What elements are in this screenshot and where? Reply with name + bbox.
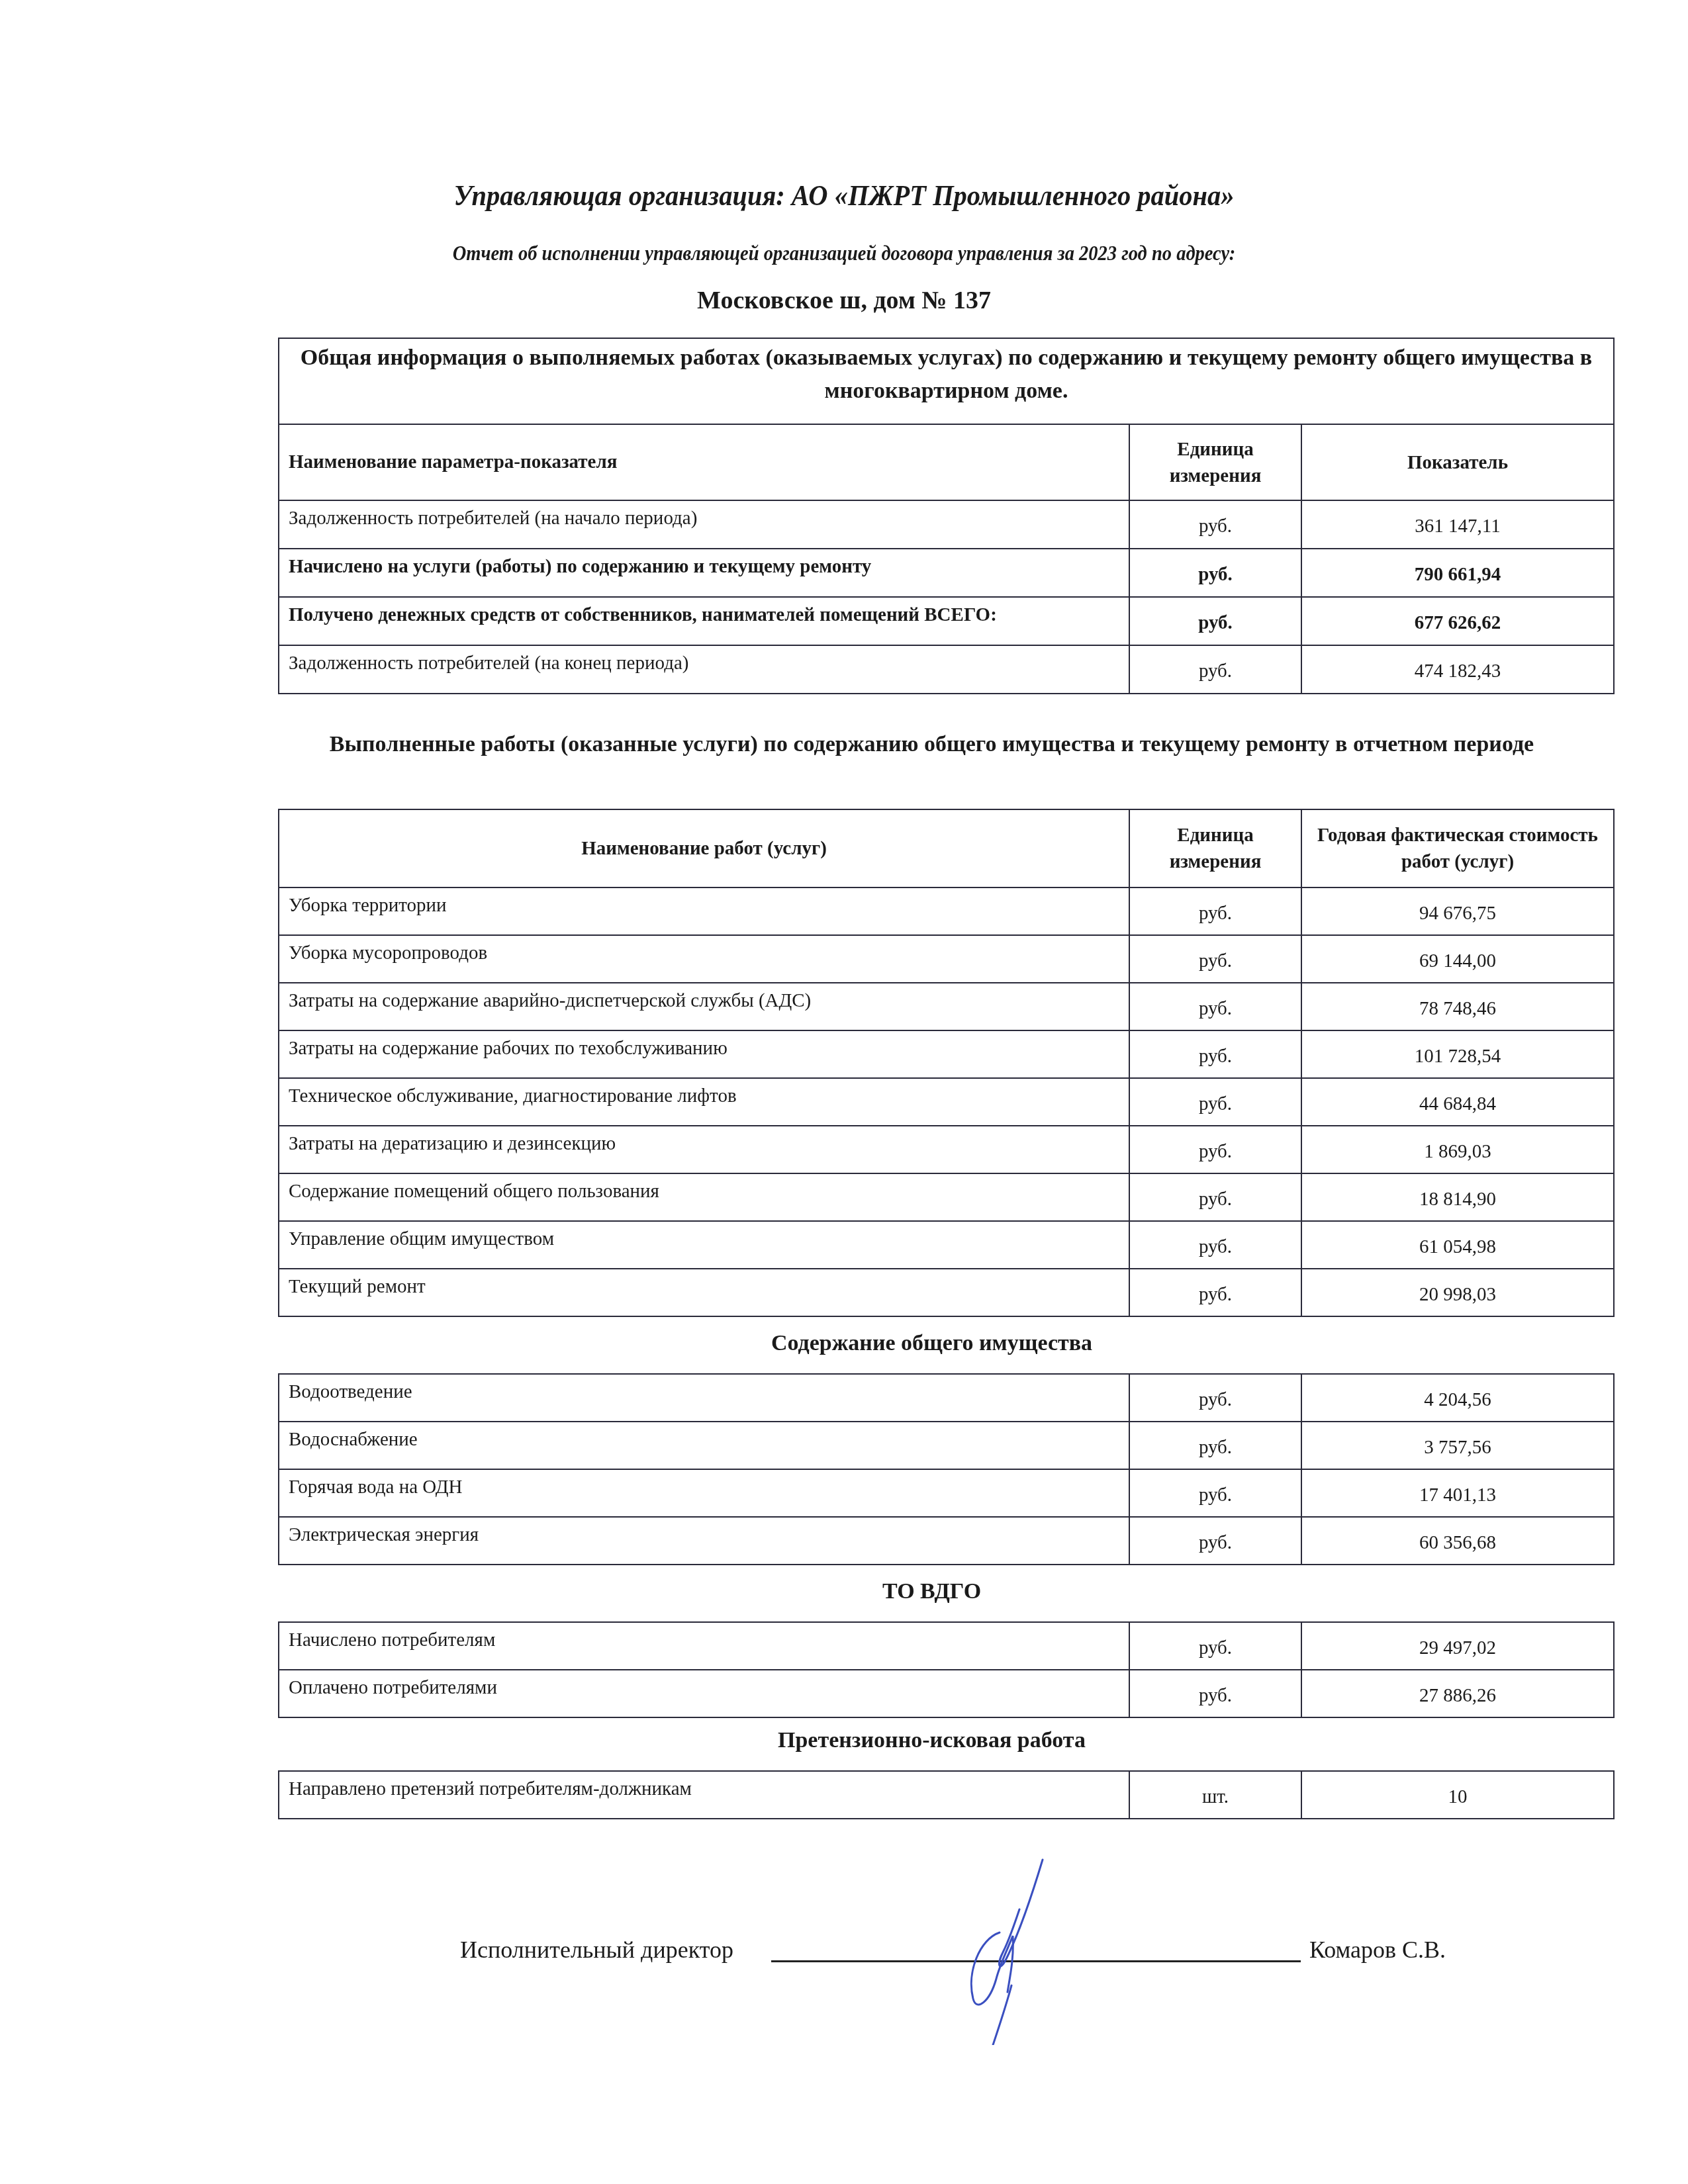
- row-name: Уборка мусоропроводов: [279, 935, 1129, 983]
- row-unit: руб.: [1129, 500, 1301, 549]
- row-name: Начислено потребителям: [279, 1622, 1129, 1670]
- row-unit: руб.: [1129, 887, 1301, 935]
- table-row: Затраты на содержание аварийно-диспетчер…: [279, 983, 1614, 1030]
- table-row: Оплачено потребителямируб.27 886,26: [279, 1670, 1614, 1717]
- table-row: Начислено потребителямруб.29 497,02: [279, 1622, 1614, 1670]
- table-row: Техническое обслуживание, диагностирован…: [279, 1078, 1614, 1126]
- row-value: 60 356,68: [1301, 1517, 1614, 1565]
- row-unit: руб.: [1129, 1221, 1301, 1269]
- table-row: Содержание помещений общего пользованияр…: [279, 1173, 1614, 1221]
- row-name: Техническое обслуживание, диагностирован…: [279, 1078, 1129, 1126]
- table-row: Начислено на услуги (работы) по содержан…: [279, 549, 1614, 597]
- row-value: 1 869,03: [1301, 1126, 1614, 1173]
- table-row: Текущий ремонтруб.20 998,03: [279, 1269, 1614, 1316]
- row-name: Оплачено потребителями: [279, 1670, 1129, 1717]
- row-value: 18 814,90: [1301, 1173, 1614, 1221]
- table-row: Направлено претензий потребителям-должни…: [279, 1771, 1614, 1819]
- row-value: 361 147,11: [1301, 500, 1614, 549]
- organization-heading: Управляющая организация: АО «ПЖРТ Промыш…: [68, 179, 1620, 212]
- column-header-unit: Единица измерения: [1129, 424, 1301, 500]
- table-row: Управление общим имуществомруб.61 054,98: [279, 1221, 1614, 1269]
- row-unit: руб.: [1129, 1374, 1301, 1422]
- common-property-table: Водоотведениеруб.4 204,56Водоснабжениеру…: [278, 1373, 1615, 1565]
- row-value: 790 661,94: [1301, 549, 1614, 597]
- general-info-title: Общая информация о выполняемых работах (…: [279, 338, 1614, 424]
- row-unit: руб.: [1129, 1030, 1301, 1078]
- row-unit: руб.: [1129, 1670, 1301, 1717]
- row-value: 101 728,54: [1301, 1030, 1614, 1078]
- row-name: Электрическая энергия: [279, 1517, 1129, 1565]
- row-value: 94 676,75: [1301, 887, 1614, 935]
- table-row: Задолженность потребителей (на конец пер…: [279, 645, 1614, 694]
- row-unit: руб.: [1129, 645, 1301, 694]
- row-unit: шт.: [1129, 1771, 1301, 1819]
- report-title: Отчет об исполнении управляющей организа…: [68, 242, 1620, 265]
- claims-title: Претензионно-исковая работа: [275, 1724, 1589, 1757]
- row-name: Затраты на содержание рабочих по техобсл…: [279, 1030, 1129, 1078]
- row-name: Уборка территории: [279, 887, 1129, 935]
- row-value: 4 204,56: [1301, 1374, 1614, 1422]
- row-value: 44 684,84: [1301, 1078, 1614, 1126]
- handwritten-signature-icon: [933, 1853, 1086, 2045]
- claims-table: Направлено претензий потребителям-должни…: [278, 1770, 1615, 1819]
- row-value: 78 748,46: [1301, 983, 1614, 1030]
- row-value: 10: [1301, 1771, 1614, 1819]
- row-unit: руб.: [1129, 1622, 1301, 1670]
- row-value: 3 757,56: [1301, 1422, 1614, 1469]
- row-unit: руб.: [1129, 1422, 1301, 1469]
- row-value: 69 144,00: [1301, 935, 1614, 983]
- address-heading: Московское ш, дом № 137: [0, 286, 1688, 315]
- row-unit: руб.: [1129, 1126, 1301, 1173]
- row-value: 20 998,03: [1301, 1269, 1614, 1316]
- table-row: Уборка мусоропроводовруб.69 144,00: [279, 935, 1614, 983]
- row-name: Затраты на содержание аварийно-диспетчер…: [279, 983, 1129, 1030]
- row-unit: руб.: [1129, 935, 1301, 983]
- row-unit: руб.: [1129, 1269, 1301, 1316]
- row-value: 27 886,26: [1301, 1670, 1614, 1717]
- table-row: Горячая вода на ОДНруб.17 401,13: [279, 1469, 1614, 1517]
- general-info-table: Общая информация о выполняемых работах (…: [278, 338, 1615, 694]
- row-unit: руб.: [1129, 549, 1301, 597]
- table-row: Водоснабжениеруб.3 757,56: [279, 1422, 1614, 1469]
- table-row: Электрическая энергияруб.60 356,68: [279, 1517, 1614, 1565]
- row-value: 474 182,43: [1301, 645, 1614, 694]
- row-name: Управление общим имуществом: [279, 1221, 1129, 1269]
- table-row: Задолженность потребителей (на начало пе…: [279, 500, 1614, 549]
- row-name: Затраты на дератизацию и дезинсекцию: [279, 1126, 1129, 1173]
- row-name: Направлено претензий потребителям-должни…: [279, 1771, 1129, 1819]
- row-name: Начислено на услуги (работы) по содержан…: [279, 549, 1129, 597]
- row-name: Водоотведение: [279, 1374, 1129, 1422]
- signatory-position: Исполнительный директор: [460, 1936, 733, 1964]
- column-header-annual-cost: Годовая фактическая стоимость работ (усл…: [1301, 809, 1614, 887]
- works-table: Наименование работ (услуг) Единица измер…: [278, 809, 1615, 1317]
- vdgo-title: ТО ВДГО: [275, 1575, 1589, 1608]
- column-header-parameter: Наименование параметра-показателя: [279, 424, 1129, 500]
- row-name: Содержание помещений общего пользования: [279, 1173, 1129, 1221]
- column-header-value: Показатель: [1301, 424, 1614, 500]
- row-unit: руб.: [1129, 1078, 1301, 1126]
- row-value: 29 497,02: [1301, 1622, 1614, 1670]
- table-row: Получено денежных средств от собственник…: [279, 597, 1614, 645]
- row-value: 17 401,13: [1301, 1469, 1614, 1517]
- row-unit: руб.: [1129, 1469, 1301, 1517]
- row-value: 61 054,98: [1301, 1221, 1614, 1269]
- row-name: Получено денежных средств от собственник…: [279, 597, 1129, 645]
- row-name: Водоснабжение: [279, 1422, 1129, 1469]
- works-section-title: Выполненные работы (оказанные услуги) по…: [275, 728, 1589, 761]
- table-row: Уборка территориируб.94 676,75: [279, 887, 1614, 935]
- row-unit: руб.: [1129, 1173, 1301, 1221]
- row-name: Текущий ремонт: [279, 1269, 1129, 1316]
- row-unit: руб.: [1129, 983, 1301, 1030]
- row-unit: руб.: [1129, 597, 1301, 645]
- row-name: Задолженность потребителей (на конец пер…: [279, 645, 1129, 694]
- table-row: Затраты на содержание рабочих по техобсл…: [279, 1030, 1614, 1078]
- column-header-work-name: Наименование работ (услуг): [279, 809, 1129, 887]
- row-name: Задолженность потребителей (на начало пе…: [279, 500, 1129, 549]
- vdgo-table: Начислено потребителямруб.29 497,02Оплач…: [278, 1621, 1615, 1718]
- common-property-title: Содержание общего имущества: [275, 1327, 1589, 1360]
- row-unit: руб.: [1129, 1517, 1301, 1565]
- column-header-unit: Единица измерения: [1129, 809, 1301, 887]
- signatory-name: Комаров С.В.: [1309, 1936, 1446, 1964]
- row-name: Горячая вода на ОДН: [279, 1469, 1129, 1517]
- row-value: 677 626,62: [1301, 597, 1614, 645]
- table-row: Водоотведениеруб.4 204,56: [279, 1374, 1614, 1422]
- table-row: Затраты на дератизацию и дезинсекциюруб.…: [279, 1126, 1614, 1173]
